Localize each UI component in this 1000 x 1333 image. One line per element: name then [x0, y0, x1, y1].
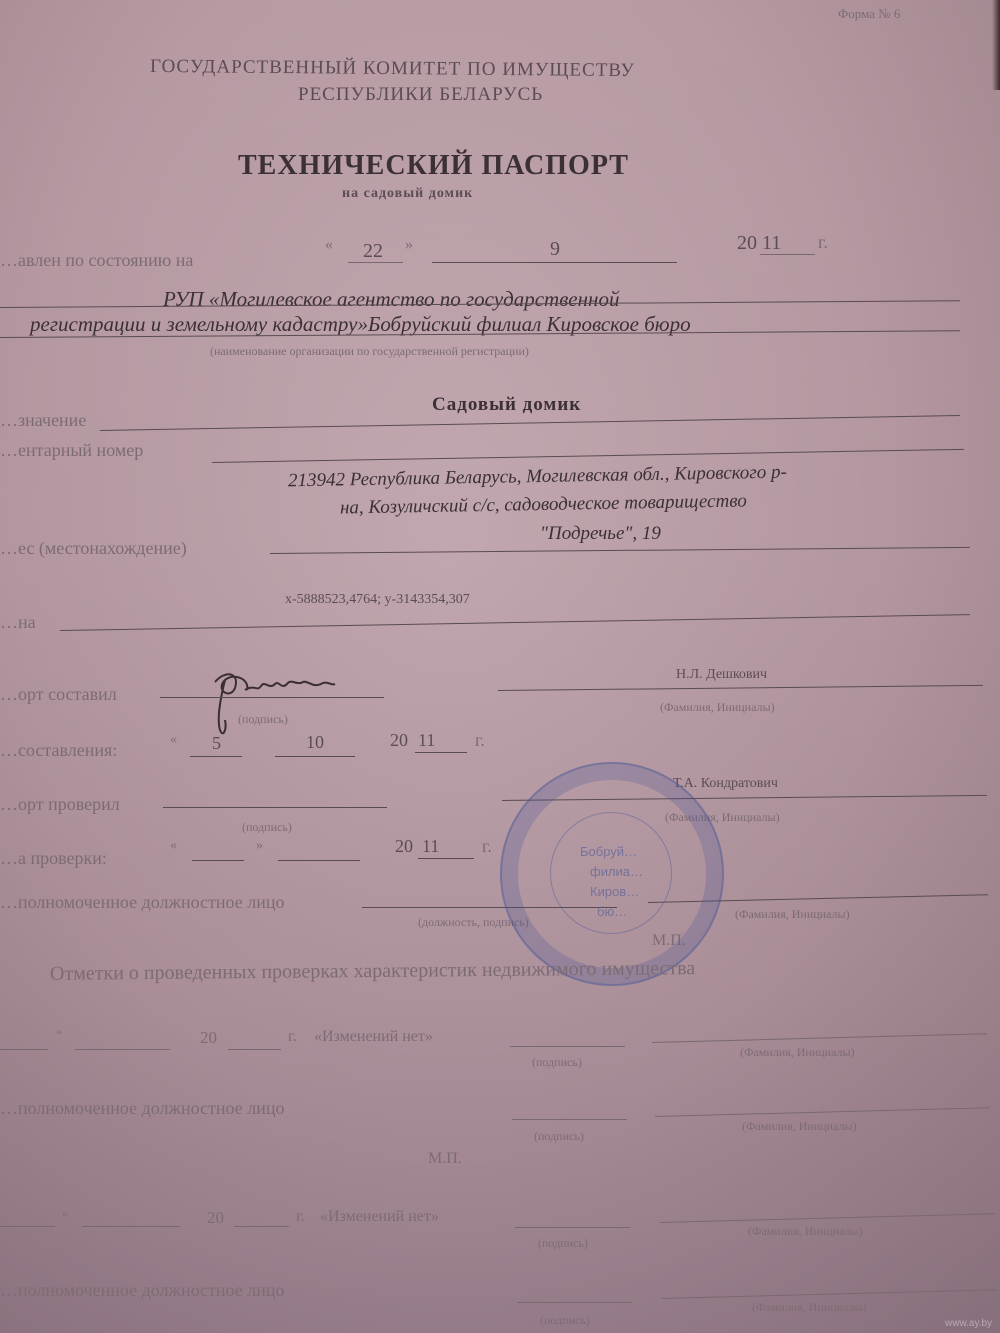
address-line-2: на, Козуличский с/с, садоводческое товар… [340, 490, 747, 519]
compiled-year-suffix[interactable]: 11 [418, 730, 435, 751]
state-year-unit: г. [818, 232, 828, 253]
quote-open: « [325, 236, 333, 254]
entry1-official-label: …полномоченное должностное лицо [0, 1098, 284, 1119]
state-date-label: …авлен по состоянию на [0, 250, 193, 271]
entry1-signature-caption: (подпись) [532, 1055, 582, 1070]
state-day[interactable]: 22 [363, 240, 383, 263]
quote-close: » [405, 236, 413, 254]
stamp-text-2: филиа… [590, 864, 643, 879]
entry1-year-prefix: 20 [200, 1028, 217, 1048]
check-year-prefix: 20 [395, 836, 413, 857]
compiled-name-caption: (Фамилия, Инициалы) [660, 700, 775, 715]
checked-name[interactable]: Т.А. Кондратович [673, 776, 778, 792]
watermark: www.ay.by [945, 1318, 992, 1329]
issuer-line-2: РЕСПУБЛИКИ БЕЛАРУСЬ [298, 84, 543, 106]
compiled-date-label: …составления: [0, 740, 117, 761]
entry1-status: «Изменений нет» [314, 1028, 433, 1046]
stamp-text-1: Бобруй… [580, 844, 637, 859]
entry2-official-label: …полномоченное должностное лицо [0, 1280, 284, 1301]
purpose-value[interactable]: Садовый домик [432, 394, 581, 416]
purpose-label: …значение [0, 410, 86, 431]
authorized-official-label: …полномоченное должностное лицо [0, 892, 284, 913]
entry2-signature-caption: (подпись) [538, 1236, 588, 1251]
entry1-name-caption: (Фамилия, Инициалы) [740, 1045, 855, 1060]
page-title: ТЕХНИЧЕСКИЙ ПАСПОРТ [238, 150, 629, 182]
compiled-day[interactable]: 5 [212, 733, 221, 754]
compiled-month[interactable]: 10 [306, 732, 324, 753]
entry1-quote: » [56, 1024, 62, 1039]
checked-signature-caption: (подпись) [242, 820, 292, 835]
official-stamp: Бобруй… филиа… Киров… бю… [500, 762, 724, 986]
compiled-by-label: …орт составил [0, 684, 117, 705]
entry2-year-unit: г. [296, 1208, 305, 1226]
entry1-official-signature-caption: (подпись) [534, 1129, 584, 1144]
form-number: Форма № 6 [838, 6, 900, 22]
check-date-label: …а проверки: [0, 848, 107, 869]
organization-caption: (наименование организации по государстве… [210, 344, 529, 359]
inventory-number-label: …ентарный номер [0, 440, 143, 461]
entry1-year-unit: г. [288, 1028, 297, 1046]
checked-by-label: …орт проверил [0, 794, 120, 815]
issuer-line-1: ГОСУДАРСТВЕННЫЙ КОМИТЕТ ПО ИМУЩЕСТВУ [150, 56, 635, 82]
address-line-3: "Подречье", 19 [540, 523, 661, 545]
page-subtitle: на садовый домик [342, 186, 473, 202]
coordinates-label: …на [0, 612, 36, 633]
entry2-quote: » [62, 1206, 68, 1221]
compiled-year-unit: г. [475, 730, 485, 751]
compiled-name[interactable]: Н.Л. Дешкович [676, 667, 767, 683]
stamp-text-4: бю… [597, 904, 627, 919]
authorized-name-caption: (Фамилия, Инициалы) [735, 907, 850, 922]
state-year-prefix: 20 [737, 232, 757, 255]
entry2-year-prefix: 20 [207, 1208, 224, 1228]
address-label: …ес (местонахождение) [0, 538, 187, 559]
check-year-unit: г. [482, 836, 492, 857]
coordinates-value[interactable]: x-5888523,4764; y-3143354,307 [285, 592, 470, 608]
entry2-status: «Изменений нет» [320, 1208, 439, 1226]
entry1-official-name-caption: (Фамилия, Инициалы) [742, 1119, 857, 1134]
state-month[interactable]: 9 [550, 238, 560, 261]
address-line-1: 213942 Республика Беларусь, Могилевская … [288, 462, 787, 493]
compiled-year-prefix: 20 [390, 730, 408, 751]
check-year-suffix[interactable]: 11 [422, 836, 439, 857]
compiled-signature-caption: (подпись) [238, 712, 288, 727]
entry2-official-name-caption: (Фамилия, Инициалы) [752, 1300, 867, 1315]
entry2-name-caption: (Фамилия, Инициалы) [748, 1224, 863, 1239]
entry1-seal-label: М.П. [428, 1150, 462, 1168]
page-edge-shadow [992, 0, 1000, 90]
organization-line-1: РУП «Могилевское агентство по государств… [163, 287, 619, 312]
entry2-official-signature-caption: (подпись) [540, 1313, 590, 1328]
stamp-text-3: Киров… [590, 884, 639, 899]
state-year-suffix[interactable]: 11 [762, 232, 781, 255]
